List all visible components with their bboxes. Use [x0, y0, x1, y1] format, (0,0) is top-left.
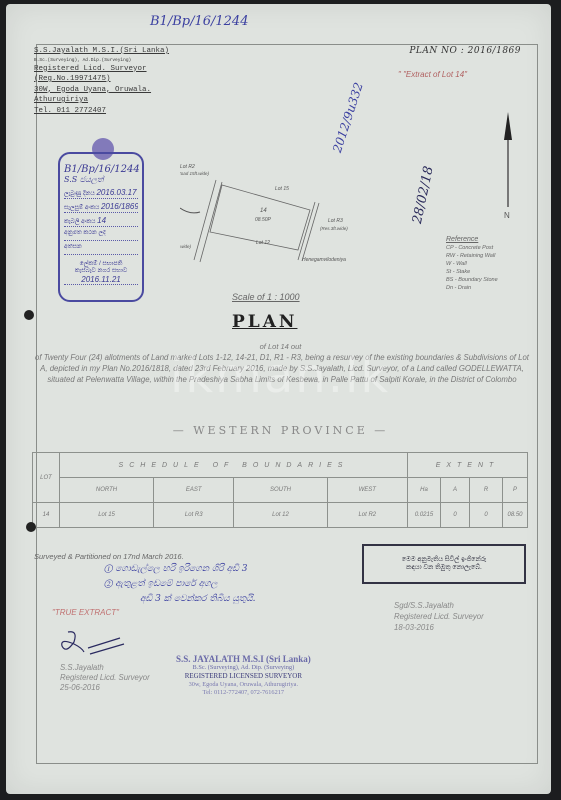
stamp-footer-date: 2016.11.21 [64, 275, 138, 285]
stamp-footer-2: කැස්බෑව නගර සභාව [64, 268, 138, 275]
surveyor-title: Registered Licd. Surveyor [34, 64, 169, 75]
seal-tel: Tel: 0112-772407, 072-7616217 [176, 689, 311, 698]
approval-stamp: B1/Bp/16/1244 S.S ජයලත් ලැබුණු දිනය 2016… [58, 152, 144, 302]
surveyed-date: Surveyed & Partitioned on 17nd March 201… [34, 552, 184, 561]
column-header: Ha [408, 478, 441, 503]
stamp-label: කැබලි අංකය [64, 219, 96, 225]
notice-line: කඳයා වන තිඹුතු නොලැබේ. [364, 564, 524, 572]
seal-name: S.S. JAYALATH M.S.I (Sri Lanka) [176, 655, 311, 664]
note-line: ② ඇතුළත් ඉඩමේ පාරේ අගල [104, 577, 256, 592]
reference-title: Reference [446, 236, 498, 244]
cell-north: Lot 15 [60, 503, 154, 528]
column-header: SOUTH [234, 478, 327, 503]
svg-text:14: 14 [260, 208, 267, 214]
punch-hole [24, 310, 34, 320]
surveyor-seal: S.S. JAYALATH M.S.I (Sri Lanka) B.Sc. (S… [176, 655, 311, 698]
signature-mark-icon [60, 628, 130, 658]
reference-item: RW - Retaining Wall [446, 252, 498, 260]
watermark: ikman.lk [170, 348, 390, 404]
lot-r2-label: Lot R2 [180, 164, 195, 170]
seal-qualifications: B.Sc. (Surveying), Ad. Dip. (Surveying) [176, 664, 311, 673]
signature-title: Registered Licd. Surveyor [60, 673, 150, 683]
scale-label: Scale of 1 : 1000 [232, 292, 300, 302]
reference-item: BS - Boundary Stone [446, 276, 498, 284]
sgd-name: Sgd/S.S.Jayalath [394, 600, 484, 611]
province-label: — WESTERN PROVINCE — [0, 424, 561, 437]
svg-text:(Road 20ft.wide): (Road 20ft.wide) [180, 244, 192, 249]
plan-title: PLAN [232, 312, 297, 332]
surveyor-signature-block: S.S.Jayalath Registered Licd. Surveyor 2… [60, 663, 150, 693]
schedule-of-boundaries-table: LOT SCHEDULE OF BOUNDARIES EXTENT NORTH … [32, 452, 528, 528]
svg-text:(Res.3ft.wide): (Res.3ft.wide) [320, 226, 348, 231]
stamp-label: සැලසුම් අංකය [64, 205, 99, 211]
extent-title: EXTENT [408, 453, 528, 478]
lot-header: LOT [33, 453, 60, 503]
column-header: WEST [327, 478, 407, 503]
extract-label: " "Extract of Lot 14" [398, 70, 467, 79]
cell-south: Lot 12 [234, 503, 327, 528]
svg-text:Lot R3: Lot R3 [328, 218, 343, 224]
lot-sketch-diagram: Lot R2 (Road 15ft.wide) Lot 15 14 08.50P… [180, 160, 380, 280]
svg-text:08.50P: 08.50P [255, 217, 272, 223]
stamp-date: 2016.03.17 [96, 188, 136, 197]
cell-west: Lot R2 [327, 503, 407, 528]
reference-legend: Reference CP - Concrete Post RW - Retain… [446, 236, 498, 292]
punch-hole [26, 522, 36, 532]
svg-text:Lot 12: Lot 12 [256, 240, 270, 246]
surveyor-address-1: 30W, Egoda Uyana, Oruwala. [34, 85, 169, 96]
column-header: R [470, 478, 503, 503]
column-header: EAST [154, 478, 234, 503]
reference-item: Dn - Drain [446, 284, 498, 292]
handwritten-file-ref: B1/Bp/16/1244 [150, 14, 248, 29]
reference-item: St - Stake [446, 268, 498, 276]
note-line: ① ගොඩැල්ලෙ හරි ඉරිගෙන ශිරි අඩි 3 [104, 562, 256, 577]
column-header: P [503, 478, 528, 503]
seal-licence: REGISTERED LICENSED SURVEYOR [176, 672, 311, 681]
schedule-title: SCHEDULE OF BOUNDARIES [60, 453, 408, 478]
note-line: අඩි 3 ක් වෙන්කර තිබිය යුතුයි. [104, 592, 256, 607]
signature-name: S.S.Jayalath [60, 663, 150, 673]
svg-text:Henegamvilodeniya: Henegamvilodeniya [302, 257, 346, 263]
notice-line: මෙම අනුමැතිය සිවිල් ඉංජිනේරු [364, 556, 524, 564]
sgd-date: 18-03-2016 [394, 622, 484, 633]
surveyor-address-2: Athurugiriya [34, 95, 169, 106]
cell-p: 08.50 [503, 503, 528, 528]
signed-block: Sgd/S.S.Jayalath Registered Licd. Survey… [394, 600, 484, 633]
column-header: NORTH [60, 478, 154, 503]
north-arrow-icon: N [498, 112, 518, 222]
svg-text:Lot 15: Lot 15 [275, 186, 289, 192]
svg-text:(Road 15ft.wide): (Road 15ft.wide) [180, 171, 210, 176]
reference-item: CP - Concrete Post [446, 244, 498, 252]
sinhala-notice-box: මෙම අනුමැතිය සිවිල් ඉංජිනේරු කඳයා වන තිඹ… [362, 544, 526, 584]
handwritten-notes: ① ගොඩැල්ලෙ හරි ඉරිගෙන ශිරි අඩි 3 ② ඇතුළත… [104, 562, 256, 607]
seal-address: 30w, Egoda Uyana, Oruwala, Athurugiriya. [176, 681, 311, 690]
stamp-plan-no: 2016/1869 [101, 202, 138, 211]
surveyor-reg-no: (Reg.No.19971475) [34, 74, 169, 85]
cell-lot: 14 [33, 503, 60, 528]
surveyor-qualifications: B.Sc.(Surveying), Ad.Dip.(Surveying) [34, 57, 169, 64]
cell-a: 0 [441, 503, 470, 528]
surveyor-header: S.S.Jayalath M.S.I.(Sri Lanka) B.Sc.(Sur… [34, 46, 169, 116]
column-header: A [441, 478, 470, 503]
cell-ha: 0.0215 [408, 503, 441, 528]
stamp-label: ලැබුණු දිනය [64, 191, 95, 197]
cell-east: Lot R3 [154, 503, 234, 528]
stamp-signature-line: අත්සන [64, 244, 138, 255]
stamp-name: S.S ජයලත් [64, 175, 138, 185]
svg-text:N: N [504, 211, 510, 220]
surveyor-tel: Tel. 011 2772407 [34, 106, 169, 117]
plan-number: PLAN NO : 2016/1869 [409, 46, 521, 56]
stamp-ref: B1/Bp/16/1244 [64, 164, 138, 175]
table-row: 14 Lot 15 Lot R3 Lot 12 Lot R2 0.0215 0 … [33, 503, 528, 528]
stamp-lot-no: 14 [97, 216, 106, 225]
cell-r: 0 [470, 503, 503, 528]
reference-item: W - Wall [446, 260, 498, 268]
signature-date: 25-06-2016 [60, 683, 150, 693]
sgd-title: Registered Licd. Surveyor [394, 611, 484, 622]
true-extract-label: "TRUE EXTRACT" [52, 608, 119, 617]
surveyor-name: S.S.Jayalath M.S.I.(Sri Lanka) [34, 46, 169, 57]
stamp-footer-1: ලේකම් / සභාපති [64, 261, 138, 268]
stamp-label: අනුමත කරන ලදී [64, 230, 138, 241]
